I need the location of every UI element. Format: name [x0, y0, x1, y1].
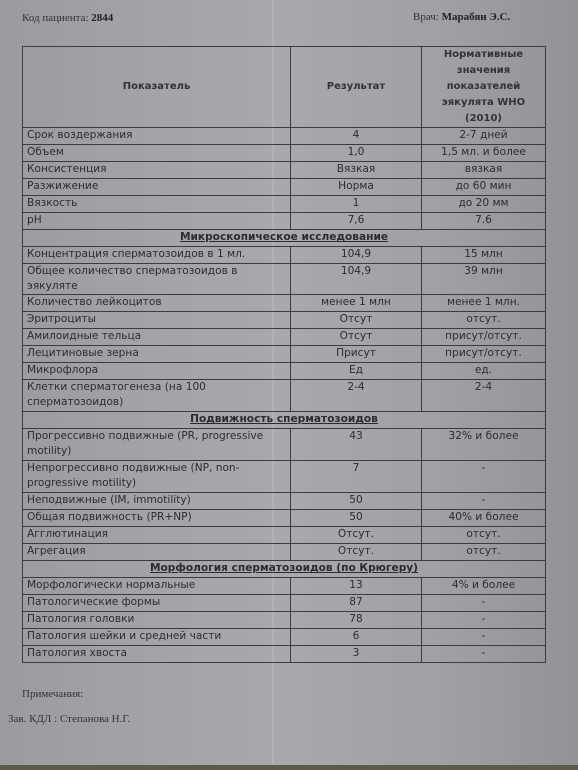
result-cell: 6	[291, 629, 422, 646]
table-row: Общее количество сперматозоидов в эякуля…	[23, 264, 546, 295]
result-cell: Присут	[291, 346, 422, 363]
table-row: Прогрессивно подвижные (PR, progressive …	[23, 429, 546, 461]
result-cell: 50	[291, 510, 422, 527]
table-row: МикрофлораЕдед.	[23, 363, 546, 380]
result-cell: Норма	[291, 179, 422, 196]
indicator-cell: Неподвижные (IM, immotility)	[23, 493, 291, 510]
table-row: Патология головки78-	[23, 612, 546, 629]
norm-cell: отсут.	[422, 544, 546, 561]
table-row: pH7,67.6	[23, 213, 546, 230]
table-row: ЭритроцитыОтсутотсут.	[23, 312, 546, 329]
result-cell: менее 1 млн	[291, 295, 422, 312]
indicator-cell: Эритроциты	[23, 312, 291, 329]
table-row: КонсистенцияВязкаявязкая	[23, 162, 546, 179]
indicator-cell: Срок воздержания	[23, 128, 291, 145]
indicator-cell: Патология шейки и средней части	[23, 629, 291, 646]
table-row: Патология хвоста3-	[23, 646, 546, 663]
result-cell: Отсут	[291, 329, 422, 346]
table-row: Неподвижные (IM, immotility)50-	[23, 493, 546, 510]
result-cell: 104,9	[291, 247, 422, 264]
table-row: Морфологически нормальные134% и более	[23, 578, 546, 595]
indicator-cell: Объем	[23, 145, 291, 162]
column-header-indicator: Показатель	[23, 47, 291, 128]
norm-cell: до 20 мм	[422, 196, 546, 213]
table-row: АгрегацияОтсут.отсут.	[23, 544, 546, 561]
table-row: Концентрация сперматозоидов в 1 мл.104,9…	[23, 247, 546, 264]
norm-cell: 2-7 дней	[422, 128, 546, 145]
table-row: АгглютинацияОтсут.отсут.	[23, 527, 546, 544]
table-row: Срок воздержания42-7 дней	[23, 128, 546, 145]
norm-cell: -	[422, 595, 546, 612]
column-header-result: Результат	[291, 47, 422, 128]
table-row: Клетки сперматогенеза (на 100 сперматозо…	[23, 380, 546, 412]
indicator-cell: Количество лейкоцитов	[23, 295, 291, 312]
table-row: Амилоидные тельцаОтсутприсут/отсут.	[23, 329, 546, 346]
section-header-row: Морфология сперматозоидов (по Крюгеру)	[23, 561, 546, 578]
indicator-cell: Микрофлора	[23, 363, 291, 380]
result-cell: Вязкая	[291, 162, 422, 179]
doctor-name: Марабян Э.С.	[442, 11, 511, 23]
result-cell: 2-4	[291, 380, 422, 412]
norm-cell: -	[422, 493, 546, 510]
norm-cell: -	[422, 461, 546, 493]
section-header-row: Микроскопическое исследование	[23, 230, 546, 247]
result-cell: Ед	[291, 363, 422, 380]
norm-cell: 4% и более	[422, 578, 546, 595]
result-cell: Отсут	[291, 312, 422, 329]
result-cell: 87	[291, 595, 422, 612]
table-row: Вязкость1до 20 мм	[23, 196, 546, 213]
result-cell: 4	[291, 128, 422, 145]
indicator-cell: Патология головки	[23, 612, 291, 629]
norm-cell: вязкая	[422, 162, 546, 179]
result-cell: 50	[291, 493, 422, 510]
column-header-norm: Нормативные значения показателей эякулят…	[422, 47, 546, 128]
result-cell: 1	[291, 196, 422, 213]
indicator-cell: Патологические формы	[23, 595, 291, 612]
table-row: Лецитиновые зернаПрисутприсут/отсут.	[23, 346, 546, 363]
patient-code-label: Код пациента:	[22, 12, 89, 24]
indicator-cell: Непрогрессивно подвижные (NP, non-progre…	[23, 461, 291, 493]
table-header-row: Показатель Результат Нормативные значени…	[23, 47, 546, 128]
indicator-cell: Патология хвоста	[23, 646, 291, 663]
norm-cell: 7.6	[422, 213, 546, 230]
norm-cell: до 60 мин	[422, 179, 546, 196]
results-table: Показатель Результат Нормативные значени…	[22, 46, 546, 663]
norm-cell: -	[422, 629, 546, 646]
indicator-cell: Клетки сперматогенеза (на 100 сперматозо…	[23, 380, 291, 412]
indicator-cell: Вязкость	[23, 196, 291, 213]
result-cell: 3	[291, 646, 422, 663]
indicator-cell: Консистенция	[23, 162, 291, 179]
section-title: Подвижность сперматозоидов	[23, 412, 546, 429]
result-cell: Отсут.	[291, 527, 422, 544]
result-cell: 7	[291, 461, 422, 493]
indicator-cell: Лецитиновые зерна	[23, 346, 291, 363]
result-cell: 13	[291, 578, 422, 595]
doctor-label: Врач:	[413, 11, 439, 23]
section-title: Морфология сперматозоидов (по Крюгеру)	[23, 561, 546, 578]
norm-cell: -	[422, 612, 546, 629]
signature: Зав. КДЛ : Степанова Н.Г.	[8, 713, 130, 725]
table-body: Срок воздержания42-7 днейОбъем1,01,5 мл.…	[23, 128, 546, 663]
norm-cell: ед.	[422, 363, 546, 380]
result-cell: 43	[291, 429, 422, 461]
norm-cell: 32% и более	[422, 429, 546, 461]
section-title: Микроскопическое исследование	[23, 230, 546, 247]
norm-cell: менее 1 млн.	[422, 295, 546, 312]
indicator-cell: pH	[23, 213, 291, 230]
indicator-cell: Агрегация	[23, 544, 291, 561]
table-row: Общая подвижность (PR+NP)5040% и более	[23, 510, 546, 527]
indicator-cell: Прогрессивно подвижные (PR, progressive …	[23, 429, 291, 461]
indicator-cell: Морфологически нормальные	[23, 578, 291, 595]
table-row: Количество лейкоцитовменее 1 млнменее 1 …	[23, 295, 546, 312]
indicator-cell: Агглютинация	[23, 527, 291, 544]
norm-cell: -	[422, 646, 546, 663]
indicator-cell: Общее количество сперматозоидов в эякуля…	[23, 264, 291, 295]
table-row: Объем1,01,5 мл. и более	[23, 145, 546, 162]
result-cell: 7,6	[291, 213, 422, 230]
result-cell: 1,0	[291, 145, 422, 162]
norm-cell: 2-4	[422, 380, 546, 412]
norm-cell: присут/отсут.	[422, 329, 546, 346]
notes-label: Примечания:	[22, 688, 83, 700]
norm-cell: присут/отсут.	[422, 346, 546, 363]
result-cell: 78	[291, 612, 422, 629]
norm-cell: 40% и более	[422, 510, 546, 527]
table-row: Непрогрессивно подвижные (NP, non-progre…	[23, 461, 546, 493]
indicator-cell: Разжижение	[23, 179, 291, 196]
indicator-cell: Амилоидные тельца	[23, 329, 291, 346]
background-surface	[0, 765, 578, 770]
table-row: РазжижениеНормадо 60 мин	[23, 179, 546, 196]
result-cell: 104,9	[291, 264, 422, 295]
result-cell: Отсут.	[291, 544, 422, 561]
indicator-cell: Концентрация сперматозоидов в 1 мл.	[23, 247, 291, 264]
norm-cell: отсут.	[422, 527, 546, 544]
patient-code-value: 2844	[91, 12, 113, 24]
patient-code: Код пациента: 2844	[22, 12, 113, 24]
section-header-row: Подвижность сперматозоидов	[23, 412, 546, 429]
doctor: Врач: Марабян Э.С.	[413, 11, 510, 23]
indicator-cell: Общая подвижность (PR+NP)	[23, 510, 291, 527]
norm-cell: 15 млн	[422, 247, 546, 264]
table-row: Патологические формы87-	[23, 595, 546, 612]
table-row: Патология шейки и средней части6-	[23, 629, 546, 646]
norm-cell: отсут.	[422, 312, 546, 329]
norm-cell: 1,5 мл. и более	[422, 145, 546, 162]
norm-cell: 39 млн	[422, 264, 546, 295]
